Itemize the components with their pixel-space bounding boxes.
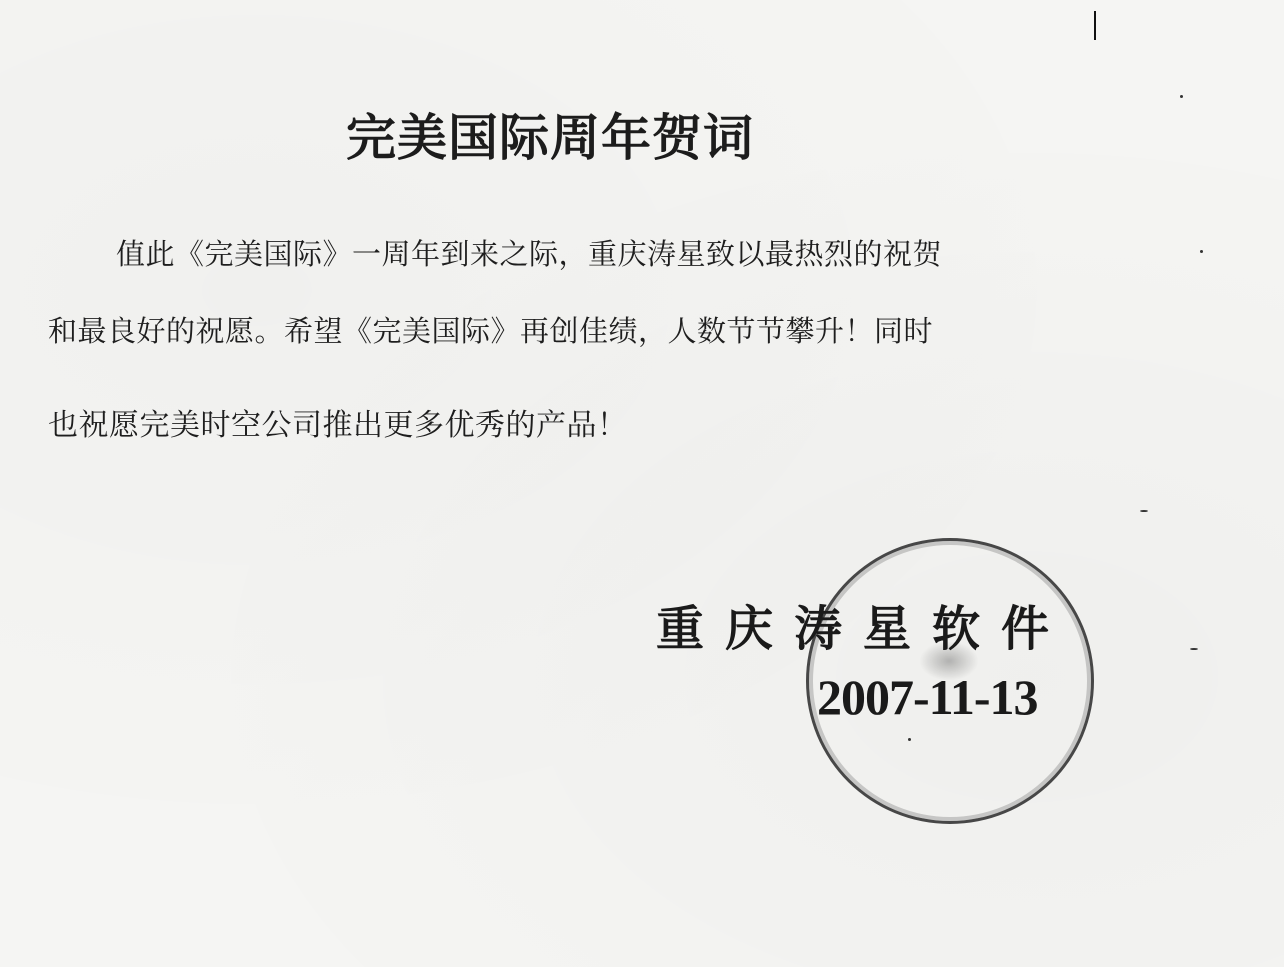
paragraph-line-2: 和最良好的祝愿。希望《完美国际》再创佳绩，人数节节攀升！同时 <box>48 309 933 350</box>
scanned-document-page: 完美国际周年贺词 值此《完美国际》一周年到来之际，重庆涛星致以最热烈的祝贺 和最… <box>0 0 1284 967</box>
document-title: 完美国际周年贺词 <box>346 98 754 170</box>
paragraph-line-3: 也祝愿完美时空公司推出更多优秀的产品！ <box>48 400 628 444</box>
signature-company-name: 重庆涛星软件 <box>656 590 1070 659</box>
scan-speck <box>1140 510 1148 512</box>
scan-speck <box>1180 95 1183 98</box>
scan-edge-mark <box>1094 11 1096 40</box>
paragraph-line-1: 值此《完美国际》一周年到来之际，重庆涛星致以最热烈的祝贺 <box>116 232 942 273</box>
signature-date: 2007-11-13 <box>817 668 1038 726</box>
scan-speck <box>1190 648 1198 650</box>
scan-speck <box>1200 250 1203 253</box>
scan-speck <box>908 738 911 741</box>
